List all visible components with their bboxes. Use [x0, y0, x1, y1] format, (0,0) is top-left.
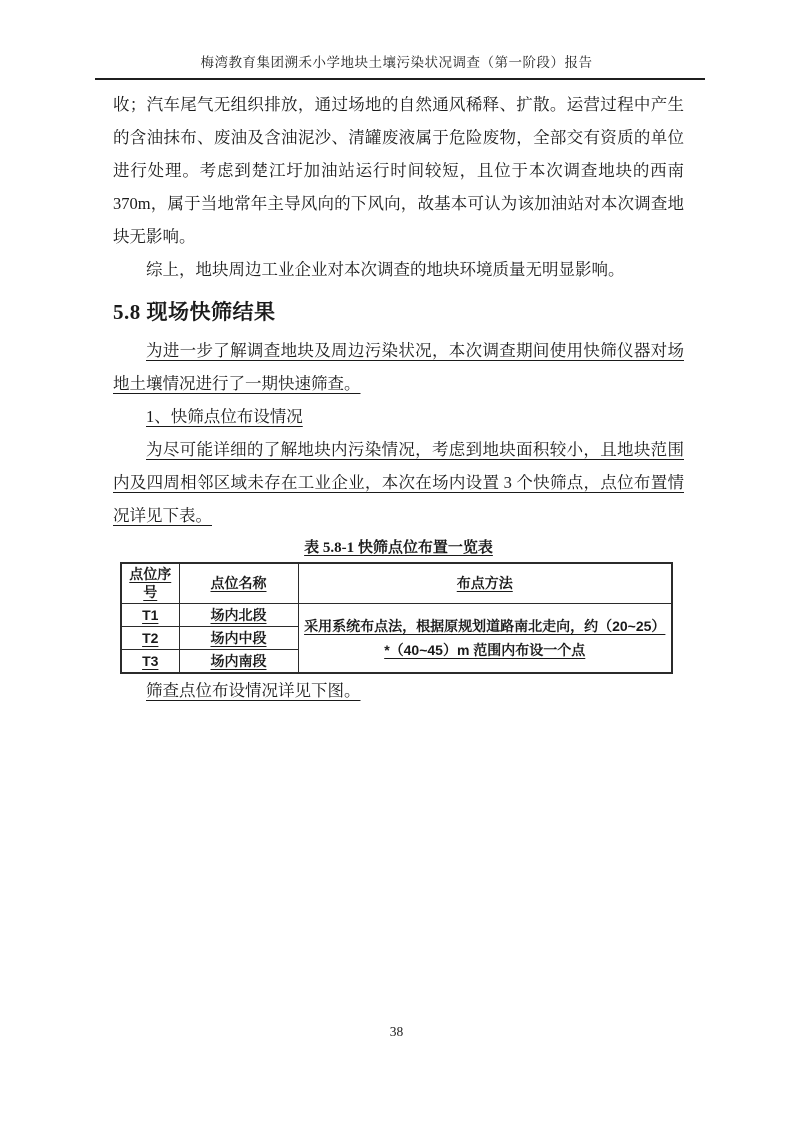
list-item-1: 1、快筛点位布设情况 [113, 400, 684, 433]
paragraph-intro: 为进一步了解调查地块及周边污染状况，本次调查期间使用快筛仪器对场地土壤情况进行了… [113, 334, 684, 400]
table-caption: 表 5.8-1 快筛点位布置一览表 [113, 536, 684, 562]
point-name-cell: 场内南段 [179, 649, 298, 673]
paragraph-detail: 为尽可能详细的了解地块内污染情况，考虑到地块面积较小，且地块范围内及四周相邻区域… [113, 433, 684, 532]
page-content: 收；汽车尾气无组织排放，通过场地的自然通风稀释、扩散。运营过程中产生的含油抹布、… [113, 88, 684, 707]
table-row: T1 场内北段 采用系统布点法，根据原规划道路南北走向，约（20~25） *（4… [121, 603, 672, 626]
table-header-name: 点位名称 [179, 563, 298, 603]
point-name-cell: 场内北段 [179, 603, 298, 626]
point-id-cell: T3 [121, 649, 179, 673]
paragraph-continuation: 收；汽车尾气无组织排放，通过场地的自然通风稀释、扩散。运营过程中产生的含油抹布、… [113, 88, 684, 253]
table-header-id: 点位序号 [121, 563, 179, 603]
paragraph-after-table: 筛查点位布设情况详见下图。 [113, 674, 684, 707]
document-page: 梅湾教育集团溯禾小学地块土壤污染状况调查（第一阶段）报告 收；汽车尾气无组织排放… [0, 0, 793, 1122]
page-number: 38 [0, 1024, 793, 1040]
table-caption-text: 表 5.8-1 快筛点位布置一览表 [304, 540, 493, 556]
header-rule [95, 78, 705, 80]
point-name-cell: 场内中段 [179, 626, 298, 649]
section-heading: 5.8 现场快筛结果 [113, 296, 684, 328]
point-id-cell: T2 [121, 626, 179, 649]
method-line-1: 采用系统布点法，根据原规划道路南北走向，约（20~25） [303, 614, 668, 638]
screening-points-table: 点位序号 点位名称 布点方法 T1 场内北段 采用系统布点法，根据原规划道路南北… [120, 562, 673, 674]
paragraph-summary: 综上，地块周边工业企业对本次调查的地块环境质量无明显影响。 [113, 253, 684, 286]
point-id-cell: T1 [121, 603, 179, 626]
table-header-method: 布点方法 [298, 563, 672, 603]
header-title: 梅湾教育集团溯禾小学地块土壤污染状况调查（第一阶段）报告 [0, 54, 793, 72]
method-line-2: *（40~45）m 范围内布设一个点 [303, 638, 668, 662]
table-header-row: 点位序号 点位名称 布点方法 [121, 563, 672, 603]
method-merged-cell: 采用系统布点法，根据原规划道路南北走向，约（20~25） *（40~45）m 范… [298, 603, 672, 673]
